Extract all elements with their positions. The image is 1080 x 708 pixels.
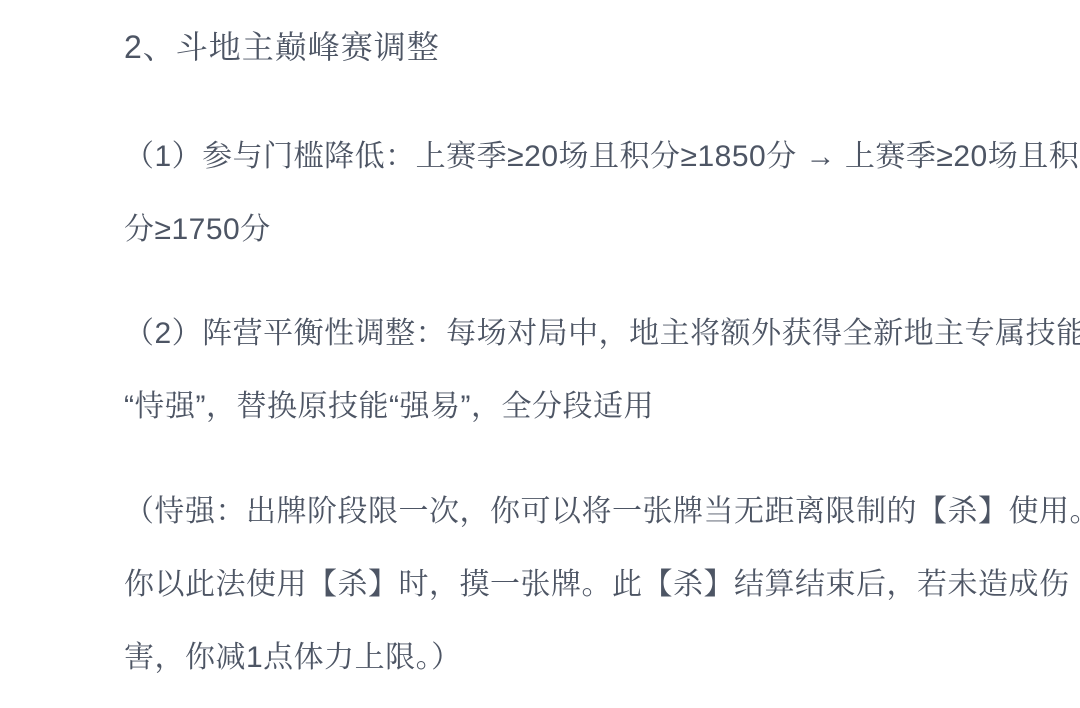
- section-heading: 2、斗地主巅峰赛调整: [0, 0, 1080, 68]
- text-line: “恃强”，替换原技能“强易”，全分段适用: [124, 370, 1060, 443]
- text-line: 害，你减1点体力上限。）: [124, 621, 1060, 694]
- text-line: （2）阵营平衡性调整：每场对局中，地主将额外获得全新地主专属技能: [124, 297, 1060, 370]
- text-line: 你以此法使用【杀】时，摸一张牌。此【杀】结算结束后，若未造成伤: [124, 548, 1060, 621]
- paragraph-entry-threshold: （1）参与门槛降低：上赛季≥20场且积分≥1850分 → 上赛季≥20场且积 分…: [0, 120, 1080, 266]
- paragraph-skill-description: （恃强：出牌阶段限一次，你可以将一张牌当无距离限制的【杀】使用。 你以此法使用【…: [0, 475, 1080, 694]
- text-line: （1）参与门槛降低：上赛季≥20场且积分≥1850分 → 上赛季≥20场且积: [124, 120, 1060, 193]
- text-line: （恃强：出牌阶段限一次，你可以将一张牌当无距离限制的【杀】使用。: [124, 475, 1060, 548]
- paragraph-faction-balance: （2）阵营平衡性调整：每场对局中，地主将额外获得全新地主专属技能 “恃强”，替换…: [0, 297, 1080, 443]
- document-page: 2、斗地主巅峰赛调整 （1）参与门槛降低：上赛季≥20场且积分≥1850分 → …: [0, 0, 1080, 708]
- text-line: 分≥1750分: [124, 193, 1060, 266]
